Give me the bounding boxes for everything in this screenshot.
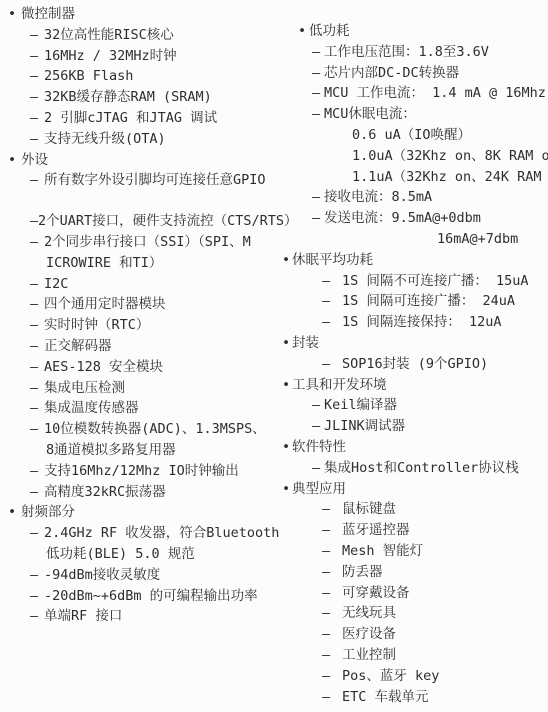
bullet-icon: • (282, 437, 292, 458)
line-text: 四个通用定时器模块 (44, 294, 166, 315)
list-item: –MCU 工作电流： 1.4 mA @ 16Mhz (274, 83, 548, 104)
dash-icon: – (30, 565, 44, 586)
section-header: •典型应用 (274, 479, 548, 500)
section-header: •软件特性 (274, 437, 548, 458)
list-item: –32KB缓存静态RAM (SRAM) (0, 87, 274, 108)
dash-icon: – (322, 312, 342, 333)
section-header: •射频部分 (0, 502, 274, 523)
list-item-continuation: 1.0uA（32Khz on、8K RAM on） (274, 146, 548, 167)
line-text: 高精度32kRC振荡器 (44, 482, 166, 503)
line-text: AES-128 安全模块 (44, 357, 163, 378)
line-text: -94dBm接收灵敏度 (44, 565, 160, 586)
list-item: –无线玩具 (274, 603, 548, 624)
dash-icon: – (30, 294, 44, 315)
dash-icon: – (322, 624, 342, 645)
list-item: –256KB Flash (0, 66, 274, 87)
line-text: 16mA@+7dbm (437, 229, 518, 250)
list-item-continuation: 16mA@+7dbm (274, 229, 548, 250)
line-text: 2 引脚cJTAG 和JTAG 调试 (44, 108, 217, 129)
dash-icon: – (30, 378, 44, 399)
list-item: –四个通用定时器模块 (0, 294, 274, 315)
list-item: –芯片内部DC-DC转换器 (274, 63, 548, 84)
dash-icon: – (312, 458, 324, 479)
section-header: •工具和开发环境 (274, 375, 548, 396)
list-item: –鼠标键盘 (274, 499, 548, 520)
section-header: •封装 (274, 333, 548, 354)
list-item-continuation: 0.6 uA（IO唤醒） (274, 125, 548, 146)
list-item: –AES-128 安全模块 (0, 357, 274, 378)
line-text: 鼠标键盘 (342, 499, 396, 520)
line-text: -20dBm~+6dBm 的可编程输出功率 (44, 586, 258, 607)
line-text: 蓝牙遥控器 (342, 520, 410, 541)
bullet-icon: • (8, 4, 21, 25)
dash-icon: – (30, 357, 44, 378)
list-item: –Pos、蓝牙 key (274, 666, 548, 687)
line-text: MCU休眠电流： (324, 104, 416, 125)
line-text: 2.4GHz RF 收发器，符合Bluetooth (44, 523, 279, 544)
list-item: –2 引脚cJTAG 和JTAG 调试 (0, 108, 274, 129)
line-text: 实时时钟（RTC） (44, 315, 149, 336)
dash-icon: – (30, 336, 44, 357)
list-item: –SOP16封装 (9个GPIO) (274, 354, 548, 375)
dash-icon: – (322, 666, 342, 687)
section-title: 射频部分 (21, 502, 75, 523)
line-text: 8通道模拟多路复用器 (46, 440, 176, 461)
dash-icon: – (30, 482, 44, 503)
dash-icon: – (30, 46, 44, 67)
list-item: –16MHz / 32MHz时钟 (0, 46, 274, 67)
list-item: –Mesh 智能灯 (274, 541, 548, 562)
dash-icon: – (322, 583, 342, 604)
list-item: –支持16Mhz/12Mhz IO时钟输出 (0, 461, 274, 482)
line-text: 1S 间隔连接保持： 12uA (342, 312, 502, 333)
section-header: •低功耗 (274, 21, 548, 42)
line-text: 1S 间隔可连接广播： 24uA (342, 291, 515, 312)
line-text: 工作电压范围：1.8至3.6V (324, 42, 489, 63)
list-item: –单端RF 接口 (0, 606, 274, 627)
line-text: 发送电流：9.5mA@+0dbm (324, 208, 481, 229)
list-item: –1S 间隔连接保持： 12uA (274, 312, 548, 333)
line-text: 医疗设备 (342, 624, 396, 645)
line-text: MCU 工作电流： 1.4 mA @ 16Mhz (324, 83, 546, 104)
list-item: –工作电压范围：1.8至3.6V (274, 42, 548, 63)
line-text: 10位模数转换器(ADC)、1.3MSPS、 (44, 419, 266, 440)
line-text: 1S 间隔不可连接广播： 15uA (342, 271, 529, 292)
line-text: Keil编译器 (324, 395, 397, 416)
list-item: –集成温度传感器 (0, 398, 274, 419)
list-item: –可穿戴设备 (274, 583, 548, 604)
dash-icon: – (322, 562, 342, 583)
bullet-icon: • (282, 333, 292, 354)
bullet-icon: • (8, 502, 21, 523)
line-text: 2个UART接口，硬件支持流控（CTS/RTS） (38, 211, 298, 232)
line-text: 0.6 uA（IO唤醒） (352, 125, 471, 146)
section-title: 典型应用 (292, 479, 346, 500)
dash-icon: – (322, 499, 342, 520)
spec-sheet-page: •微控制器–32位高性能RISC核心–16MHz / 32MHz时钟–256KB… (0, 0, 548, 712)
bullet-icon: • (298, 21, 309, 42)
list-item: –ETC 车载单元 (274, 687, 548, 708)
list-item: –集成电压检测 (0, 378, 274, 399)
dash-icon: – (30, 66, 44, 87)
list-item: –-20dBm~+6dBm 的可编程输出功率 (0, 586, 274, 607)
dash-icon: – (322, 603, 342, 624)
section-title: 工具和开发环境 (292, 375, 387, 396)
section-title: 低功耗 (309, 21, 350, 42)
dash-icon: – (30, 170, 44, 191)
list-item: –10位模数转换器(ADC)、1.3MSPS、 (0, 419, 274, 440)
dash-icon: – (30, 461, 44, 482)
section-header: •休眠平均功耗 (274, 250, 548, 271)
list-item-continuation: 低功耗(BLE) 5.0 规范 (0, 544, 274, 565)
dash-icon: – (312, 416, 324, 437)
right-column: •低功耗–工作电压范围：1.8至3.6V–芯片内部DC-DC转换器–MCU 工作… (274, 0, 548, 712)
section-title: 软件特性 (292, 437, 346, 458)
line-text: 接收电流：8.5mA (324, 187, 432, 208)
list-item: –2个同步串行接口（SSI）（SPI、M (0, 232, 274, 253)
dash-icon: – (312, 42, 324, 63)
list-item: –防丢器 (274, 562, 548, 583)
line-text: 1.0uA（32Khz on、8K RAM on） (352, 146, 548, 167)
bullet-icon: • (8, 150, 21, 171)
dash-icon: – (312, 83, 324, 104)
line-text: I2C (44, 274, 68, 295)
bullet-icon: • (282, 479, 292, 500)
dash-icon: – (30, 606, 44, 627)
list-item: –1S 间隔不可连接广播： 15uA (274, 271, 548, 292)
section-header: •微控制器 (0, 4, 274, 25)
line-text: 工业控制 (342, 645, 396, 666)
line-text: 正交解码器 (44, 336, 112, 357)
dash-icon: – (322, 645, 342, 666)
line-text: JLINK调试器 (324, 416, 405, 437)
line-text: 无线玩具 (342, 603, 396, 624)
list-item: –2.4GHz RF 收发器，符合Bluetooth (0, 523, 274, 544)
dash-icon: – (30, 523, 44, 544)
line-text: 32KB缓存静态RAM (SRAM) (44, 87, 212, 108)
line-text: 防丢器 (342, 562, 383, 583)
dash-icon: – (312, 208, 324, 229)
dash-icon: – (322, 687, 342, 708)
dash-icon: – (30, 25, 44, 46)
line-text: 可穿戴设备 (342, 583, 410, 604)
list-item: –蓝牙遥控器 (274, 520, 548, 541)
list-item: –发送电流：9.5mA@+0dbm (274, 208, 548, 229)
line-text: 32位高性能RISC核心 (44, 25, 174, 46)
line-text: 支持16Mhz/12Mhz IO时钟输出 (44, 461, 239, 482)
left-column: •微控制器–32位高性能RISC核心–16MHz / 32MHz时钟–256KB… (0, 0, 274, 712)
dash-icon: – (30, 87, 44, 108)
line-text: 集成温度传感器 (44, 398, 139, 419)
line-text: 2个同步串行接口（SSI）（SPI、M (44, 232, 251, 253)
line-text: Pos、蓝牙 key (342, 666, 439, 687)
dash-icon: – (322, 541, 342, 562)
list-item: –集成Host和Controller协议栈 (274, 458, 548, 479)
line-text: 16MHz / 32MHz时钟 (44, 46, 177, 67)
line-text: Mesh 智能灯 (342, 541, 423, 562)
list-item: –I2C (0, 274, 274, 295)
line-text: ETC 车载单元 (342, 687, 429, 708)
line-text: 集成Host和Controller协议栈 (324, 458, 519, 479)
section-title: 封装 (292, 333, 319, 354)
dash-icon: – (30, 129, 44, 150)
list-item: –JLINK调试器 (274, 416, 548, 437)
dash-icon: – (312, 104, 324, 125)
list-item: –工业控制 (274, 645, 548, 666)
line-text: 所有数字外设引脚均可连接任意GPIO (44, 170, 266, 191)
list-item: –MCU休眠电流： (274, 104, 548, 125)
dash-icon: – (312, 395, 324, 416)
line-text: 低功耗(BLE) 5.0 规范 (46, 544, 195, 565)
list-item-continuation: 1.1uA（32Khz on、24K RAM on） (274, 167, 548, 188)
list-item: –1S 间隔可连接广播： 24uA (274, 291, 548, 312)
line-text: 芯片内部DC-DC转换器 (324, 63, 459, 84)
dash-icon: – (312, 187, 324, 208)
dash-icon: – (30, 232, 44, 253)
dash-icon: – (30, 398, 44, 419)
line-text: ICROWIRE 和TI） (46, 253, 162, 274)
dash-icon: – (322, 520, 342, 541)
list-item-continuation: ICROWIRE 和TI） (0, 253, 274, 274)
line-text: 集成电压检测 (44, 378, 125, 399)
bullet-icon: • (282, 250, 292, 271)
list-item: –实时时钟（RTC） (0, 315, 274, 336)
section-title: 外设 (21, 150, 48, 171)
dash-icon: – (30, 108, 44, 129)
list-item: –32位高性能RISC核心 (0, 25, 274, 46)
section-title: 休眠平均功耗 (292, 250, 373, 271)
list-item: –支持无线升级(OTA) (0, 129, 274, 150)
line-text: 单端RF 接口 (44, 606, 122, 627)
dash-icon: – (30, 586, 44, 607)
list-item: –高精度32kRC振荡器 (0, 482, 274, 503)
list-item: –正交解码器 (0, 336, 274, 357)
line-text: 1.1uA（32Khz on、24K RAM on） (352, 167, 548, 188)
line-text: 256KB Flash (44, 66, 133, 87)
list-item-continuation: 8通道模拟多路复用器 (0, 440, 274, 461)
list-item: –Keil编译器 (274, 395, 548, 416)
dash-icon: – (30, 315, 44, 336)
line-text: SOP16封装 (9个GPIO) (342, 354, 488, 375)
bullet-icon: • (282, 375, 292, 396)
dash-icon: – (30, 211, 38, 232)
line-text: 支持无线升级(OTA) (44, 129, 166, 150)
list-item: –所有数字外设引脚均可连接任意GPIO (0, 170, 274, 191)
dash-icon: – (322, 291, 342, 312)
section-title: 微控制器 (21, 4, 75, 25)
dash-icon: – (322, 271, 342, 292)
list-item: –-94dBm接收灵敏度 (0, 565, 274, 586)
list-item: –医疗设备 (274, 624, 548, 645)
section-header: •外设 (0, 150, 274, 171)
dash-icon: – (30, 274, 44, 295)
list-item: –接收电流：8.5mA (274, 187, 548, 208)
dash-icon: – (322, 354, 342, 375)
list-item: –2个UART接口，硬件支持流控（CTS/RTS） (0, 211, 274, 232)
dash-icon: – (312, 63, 324, 84)
dash-icon: – (30, 419, 44, 440)
